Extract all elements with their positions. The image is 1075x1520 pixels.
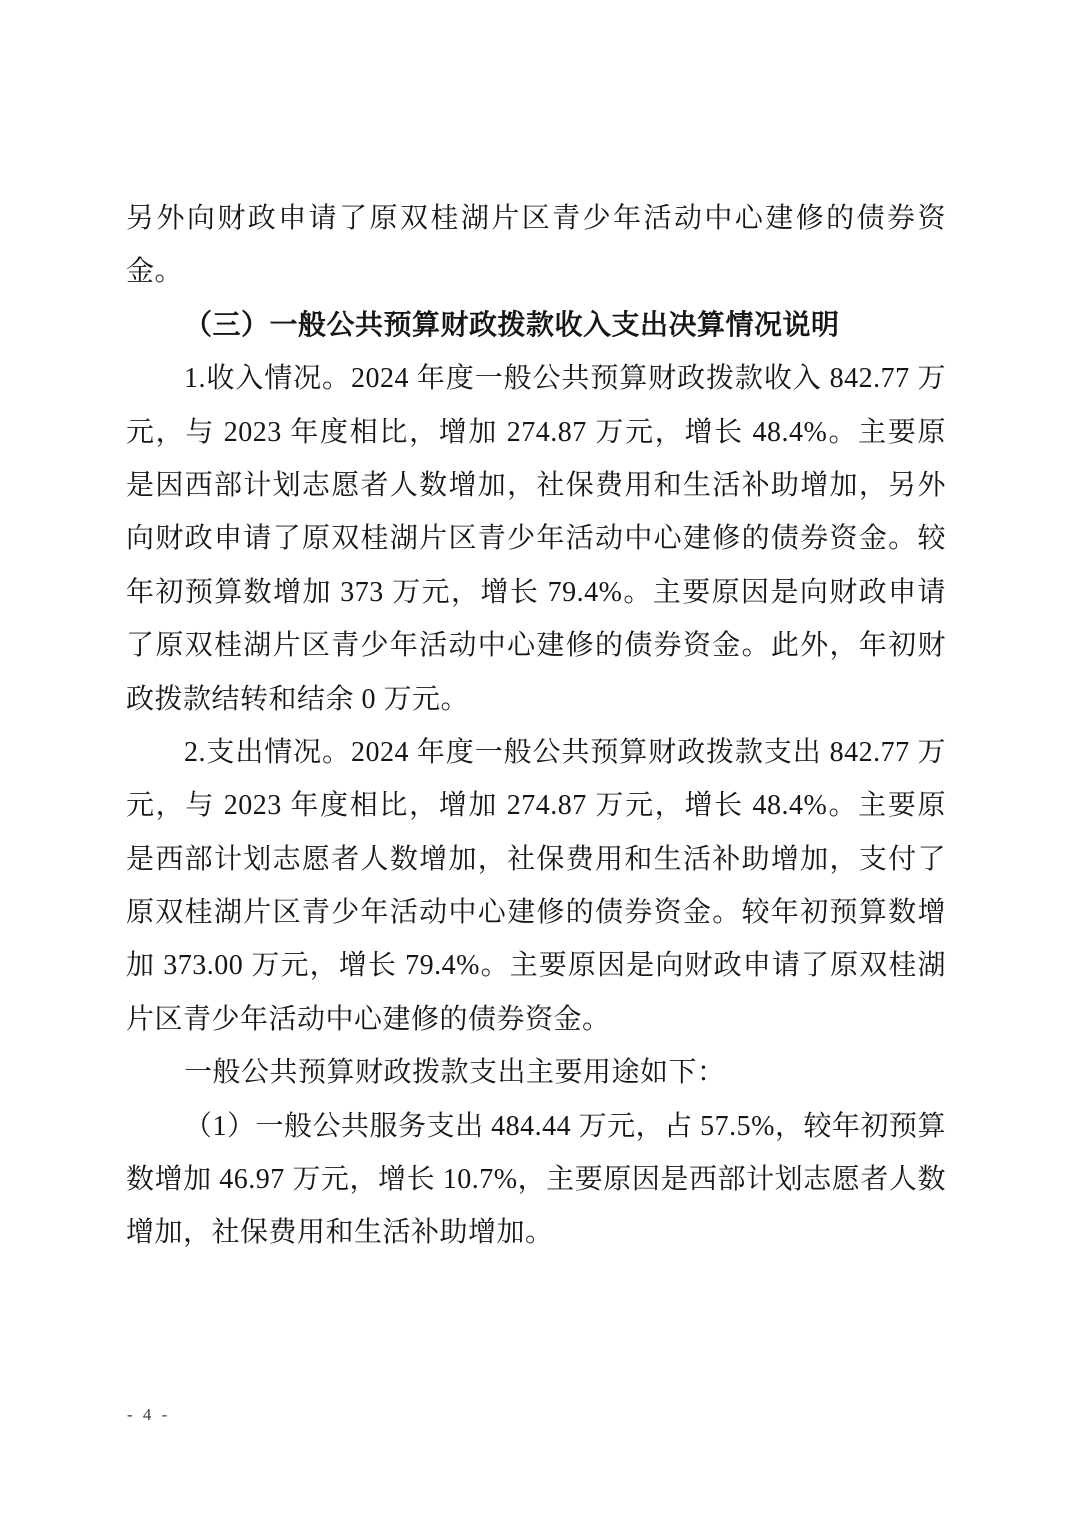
page-number: - 4 - [127,1403,170,1427]
text-line: 了原双桂湖片区青少年活动中心建修的债券资金。此外，年初财 [126,619,946,672]
text-line: 片区青少年活动中心建修的债券资金。 [126,993,946,1046]
text-line: （1）一般公共服务支出 484.44 万元，占 57.5%，较年初预算 [126,1100,946,1153]
text-line: 1.收入情况。2024 年度一般公共预算财政拨款收入 842.77 万 [126,352,946,405]
text-line: 加 373.00 万元，增长 79.4%。主要原因是向财政申请了原双桂湖 [126,939,946,992]
text-line: 增加，社保费用和生活补助增加。 [126,1206,946,1259]
document-page: 另外向财政申请了原双桂湖片区青少年活动中心建修的债券资金。（三）一般公共预算财政… [0,0,1075,1520]
text-line: 原双桂湖片区青少年活动中心建修的债券资金。较年初预算数增 [126,886,946,939]
text-line: 2.支出情况。2024 年度一般公共预算财政拨款支出 842.77 万 [126,726,946,779]
text-line: 数增加 46.97 万元，增长 10.7%，主要原因是西部计划志愿者人数 [126,1153,946,1206]
text-line: 金。 [126,245,946,298]
text-line: 是因西部计划志愿者人数增加，社保费用和生活补助增加，另外 [126,459,946,512]
text-line: 另外向财政申请了原双桂湖片区青少年活动中心建修的债券资 [126,192,946,245]
text-line: 元，与 2023 年度相比，增加 274.87 万元，增长 48.4%。主要原因 [126,406,946,459]
text-line: 元，与 2023 年度相比，增加 274.87 万元，增长 48.4%。主要原因 [126,779,946,832]
text-line: 政拨款结转和结余 0 万元。 [126,673,946,726]
text-line: 年初预算数增加 373 万元，增长 79.4%。主要原因是向财政申请 [126,566,946,619]
document-body: 另外向财政申请了原双桂湖片区青少年活动中心建修的债券资金。（三）一般公共预算财政… [126,192,946,1260]
text-line: 一般公共预算财政拨款支出主要用途如下： [126,1046,946,1099]
text-line: 向财政申请了原双桂湖片区青少年活动中心建修的债券资金。较 [126,512,946,565]
section-heading: （三）一般公共预算财政拨款收入支出决算情况说明 [126,299,946,352]
text-line: 是西部计划志愿者人数增加，社保费用和生活补助增加，支付了 [126,833,946,886]
